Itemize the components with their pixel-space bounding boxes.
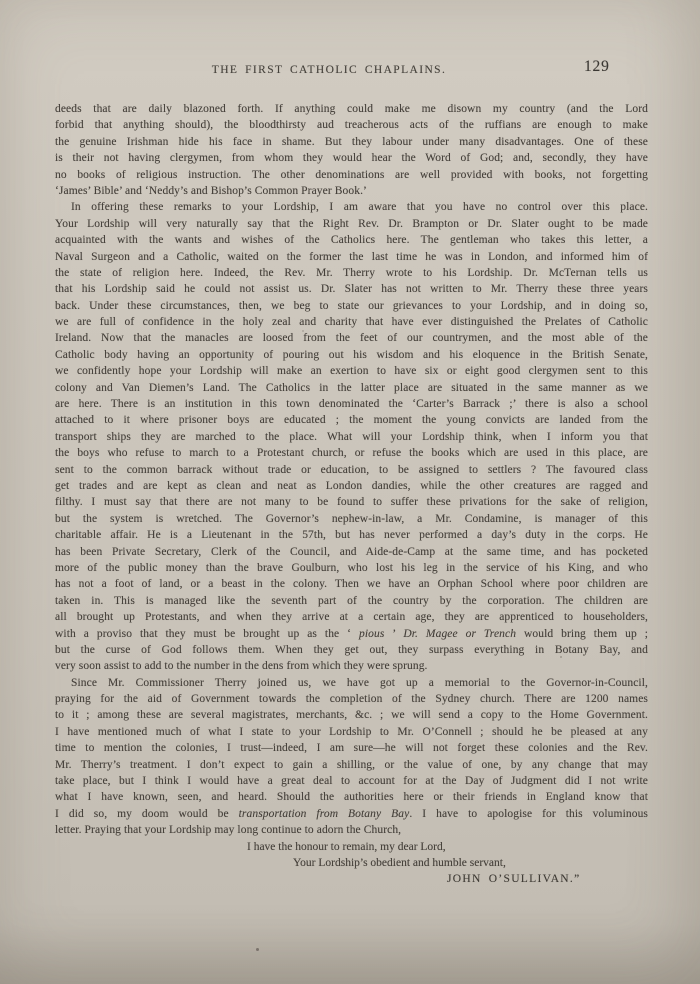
- text-line-p2-l23: more of the public money than the brave …: [55, 560, 648, 576]
- ink-speck: [256, 948, 259, 951]
- text-line-p1-l3: the genuine Irishman hide his face in sh…: [55, 134, 648, 150]
- text-line-p3-l10: letter. Praying that your Lordship may l…: [55, 822, 648, 838]
- text-line-p3-l6: Mr. Therry’s treatment. I don’t expect t…: [55, 757, 648, 773]
- text-line-p2-l21: charitable affair. He is a Lieutenant in…: [55, 527, 648, 543]
- text-line-p1-l2: forbid that anything should), the bloodt…: [55, 117, 648, 133]
- text-line-p2-l2: Your Lordship will very naturally say th…: [55, 216, 648, 232]
- text-line-p3-l5: time to mention the colonies, I trust—in…: [55, 740, 648, 756]
- text-line-p2-l12: colony and Van Diemen’s Land. The Cathol…: [55, 380, 648, 396]
- text-line-p3-l3: to it ; among these are several magistra…: [55, 707, 648, 723]
- page-number: 129: [584, 58, 610, 76]
- text-line-p2-l18: get trades and are kept as clean and nea…: [55, 478, 648, 494]
- text-line-p2-l14: attached to it where prisoner boys are e…: [55, 412, 648, 428]
- text-line-p2-l5: the state of religion here. Indeed, the …: [55, 265, 648, 281]
- text-line-p2-l25: taken in. This is managed like the seven…: [55, 593, 648, 609]
- text-line-p1-l4: is their not having clergymen, from whom…: [55, 150, 648, 166]
- text-line-p3-l4: I have mentioned much of what I state to…: [55, 724, 648, 740]
- text-line-p2-l20: but the system is wretched. The Governor…: [55, 511, 648, 527]
- text-line-p2-l11: we confidently hope your Lordship will m…: [55, 363, 648, 379]
- text-line-p2-l9: Ireland. Now that the manacles are loose…: [55, 330, 648, 346]
- closing-line-1: I have the honour to remain, my dear Lor…: [55, 839, 648, 855]
- closing-line-2: Your Lordship’s obedient and humble serv…: [55, 855, 648, 871]
- text-line-p1-l5: no books of religious instruction. The o…: [55, 167, 648, 183]
- text-line-p1-l6: ‘James’ Bible’ and ‘Neddy’s and Bishop’s…: [55, 183, 648, 199]
- text-line-p2-l16: the boys who refuse to march to a Protes…: [55, 445, 648, 461]
- text-line-p3-l1: Since Mr. Commissioner Therry joined us,…: [55, 675, 648, 691]
- text-line-p2-l19: filthy. I must say that there are not ma…: [55, 494, 648, 510]
- page-edge-shadow: [0, 924, 700, 984]
- text-line-p3-l8: what I have known, seen, and heard. Shou…: [55, 789, 648, 805]
- book-page: THE FIRST CATHOLIC CHAPLAINS. 129 deeds …: [0, 0, 700, 984]
- page-body: deeds that are daily blazoned forth. If …: [55, 101, 648, 888]
- text-line-p2-l29: very soon assist to add to the number in…: [55, 658, 648, 674]
- text-line-p2-l13: are here. There is an institution in thi…: [55, 396, 648, 412]
- text-line-p2-l27: with a proviso that they must be brought…: [55, 626, 648, 642]
- text-line-p2-l15: transport ships they are marched to the …: [55, 429, 648, 445]
- text-line-p3-l2: praying for the aid of Government toward…: [55, 691, 648, 707]
- text-line-p2-l26: all brought up Protestants, and when the…: [55, 609, 648, 625]
- text-line-p1-l1: deeds that are daily blazoned forth. If …: [55, 101, 648, 117]
- signature-line: JOHN O’SULLIVAN.”: [55, 871, 648, 887]
- ink-speck: [560, 656, 562, 658]
- text-line-p2-l17: sent to the common barrack without trade…: [55, 462, 648, 478]
- ink-speck: [302, 330, 304, 332]
- text-line-p2-l22: has been Private Secretary, Clerk of the…: [55, 544, 648, 560]
- text-line-p2-l24: has not a foot of land, or a beast in th…: [55, 576, 648, 592]
- text-line-p2-l8: we are full of confidence in the holy ze…: [55, 314, 648, 330]
- text-line-p3-l7: take place, but I think I would have a g…: [55, 773, 648, 789]
- text-line-p2-l7: back. Under these circumstances, then, w…: [55, 298, 648, 314]
- page-title: THE FIRST CATHOLIC CHAPLAINS.: [0, 64, 658, 76]
- text-line-p2-l4: Naval Surgeon and a Catholic, waited on …: [55, 249, 648, 265]
- text-line-p2-l1: In offering these remarks to your Lordsh…: [55, 199, 648, 215]
- text-line-p3-l9: I did so, my doom would be transportatio…: [55, 806, 648, 822]
- text-line-p2-l10: Catholic body having an opportunity of p…: [55, 347, 648, 363]
- text-line-p2-l3: acquainted with the wants and wishes of …: [55, 232, 648, 248]
- text-line-p2-l6: that his Lordship said he could not assi…: [55, 281, 648, 297]
